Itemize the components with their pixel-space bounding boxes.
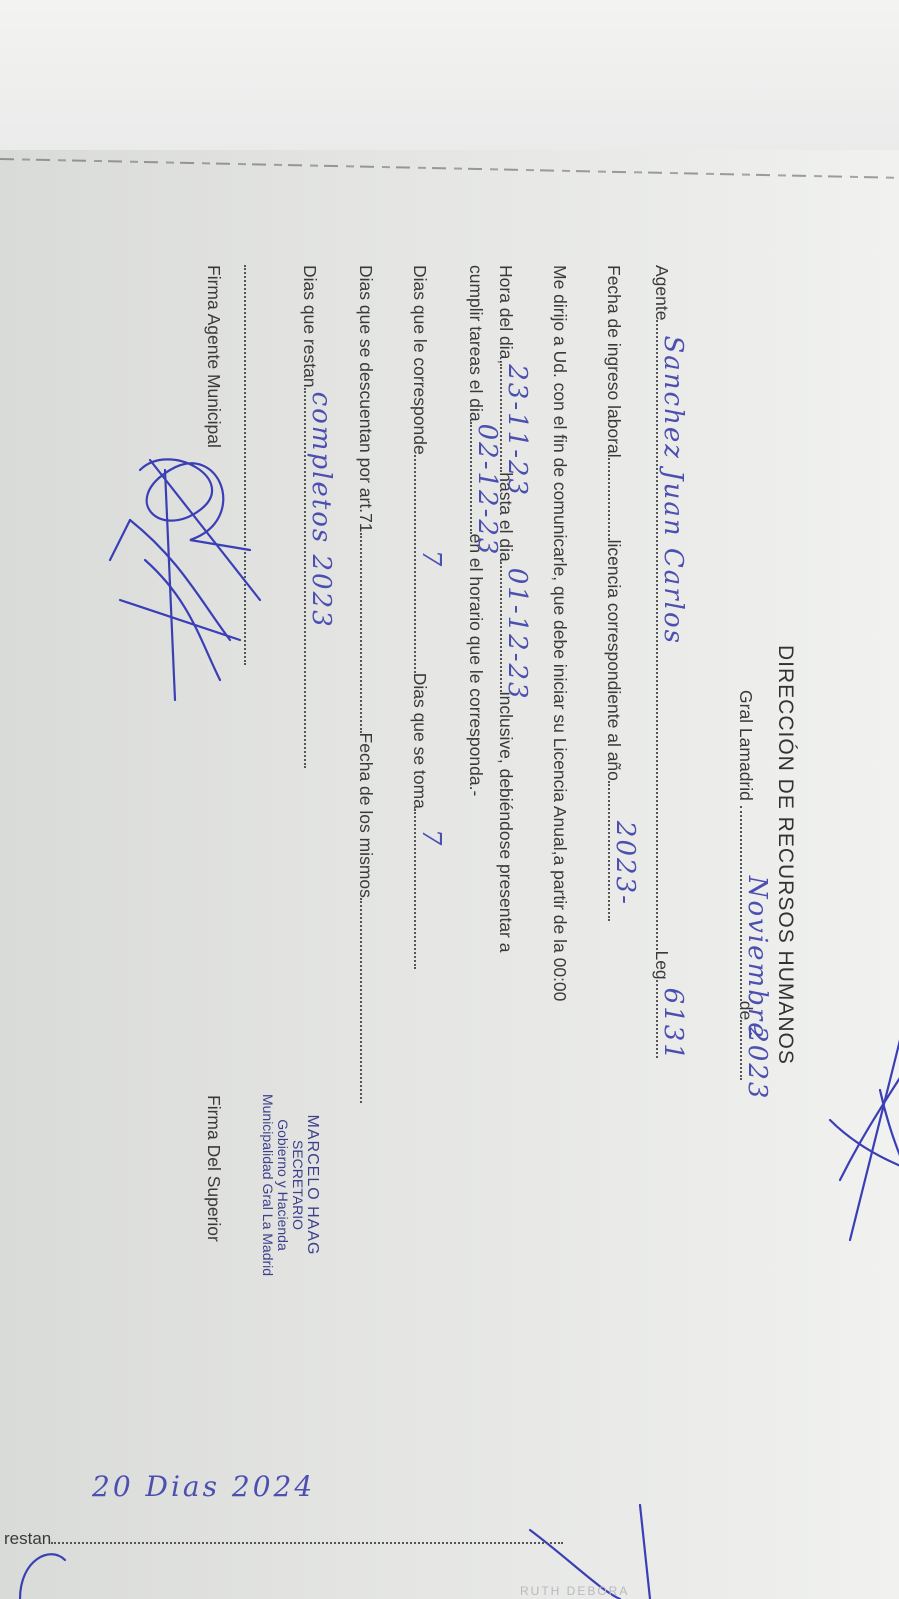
- bottom-restan-label: restan: [4, 1529, 51, 1548]
- leave-form-page: DIRECCIÓN DE RECURSOS HUMANOS Gral Lamad…: [0, 0, 899, 1599]
- bottom-restan-row: restan: [4, 1528, 563, 1549]
- bottom-stamp-fragment: RUTH DEBORA: [520, 1584, 629, 1598]
- handwritten-signatures: [0, 0, 899, 1599]
- bottom-restan-value: 20 Dias 2024: [92, 1470, 315, 1503]
- bottom-restan-field[interactable]: [51, 1528, 563, 1544]
